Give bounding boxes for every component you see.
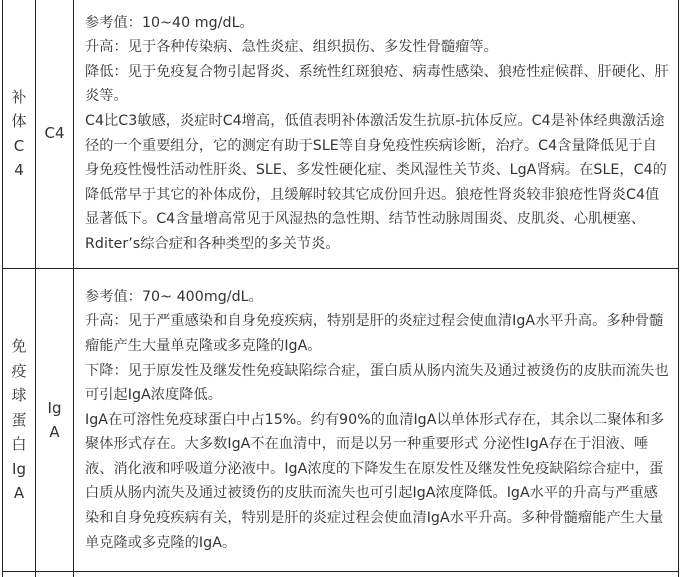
category-char: 球: [3, 383, 35, 408]
category-char: 补: [3, 85, 35, 110]
category-char: 体: [3, 109, 35, 134]
abbreviation-line: Ig: [36, 396, 73, 421]
category-cell: 补 体 C 4: [3, 0, 36, 269]
category-char: Ig: [3, 457, 35, 482]
increase-text: 升高：见于严重感染和自身免疫疾病，特别是肝的炎症过程会使血清IgA水平升高。多种…: [85, 309, 670, 358]
category-char: 蛋: [3, 408, 35, 433]
notes-text: IgA在可溶性免疫球蛋白中占15%。约有90%的血清IgA以单体形式存在，其余以…: [85, 408, 670, 556]
table-row-iga: 免 疫 球 蛋 白 Ig A Ig A 参考值：70~ 400mg/dL。 升高…: [3, 269, 679, 572]
reference-value: 参考值：70~ 400mg/dL。: [85, 285, 670, 310]
table-row-c4: 补 体 C 4 C4 参考值：10~40 mg/dL。 升高：见于各种传染病、急…: [3, 0, 679, 269]
abbreviation-cell: Ig A: [36, 269, 74, 572]
abbreviation-line: A: [36, 420, 73, 445]
category-char: 白: [3, 432, 35, 457]
increase-text: 升高：见于各种传染病、急性炎症、组织损伤、多发性骨髓瘤等。: [85, 35, 670, 60]
abbreviation-cell: C4: [36, 0, 74, 269]
category-char: A: [3, 481, 35, 506]
decrease-text: 下降：见于原发性及继发性免疫缺陷综合症，蛋白质从肠内流失及通过被烫伤的皮肤而流失…: [85, 359, 670, 408]
category-cell: [3, 572, 36, 577]
category-char: 4: [3, 158, 35, 183]
category-char: 疫: [3, 359, 35, 384]
reference-table: 补 体 C 4 C4 参考值：10~40 mg/dL。 升高：见于各种传染病、急…: [2, 0, 679, 577]
decrease-text: 降低：见于免疫复合物引起肾炎、系统性红斑狼疮、病毒性感染、狼疮性症候群、肝硬化、…: [85, 60, 670, 109]
category-cell: 免 疫 球 蛋 白 Ig A: [3, 269, 36, 572]
reference-value: 参考值：10~40 mg/dL。: [85, 11, 670, 36]
description-cell: 参考值：10~40 mg/dL。 升高：见于各种传染病、急性炎症、组织损伤、多发…: [74, 0, 679, 269]
abbreviation-cell: [36, 572, 74, 577]
category-char: 免: [3, 334, 35, 359]
category-char: C: [3, 134, 35, 159]
description-cell: [74, 572, 679, 577]
table-row-next: [3, 572, 679, 577]
notes-text: C4比C3敏感，炎症时C4增高，低值表明补体激活发生抗原-抗体反应。C4是补体经…: [85, 109, 670, 257]
description-cell: 参考值：70~ 400mg/dL。 升高：见于严重感染和自身免疫疾病，特别是肝的…: [74, 269, 679, 572]
